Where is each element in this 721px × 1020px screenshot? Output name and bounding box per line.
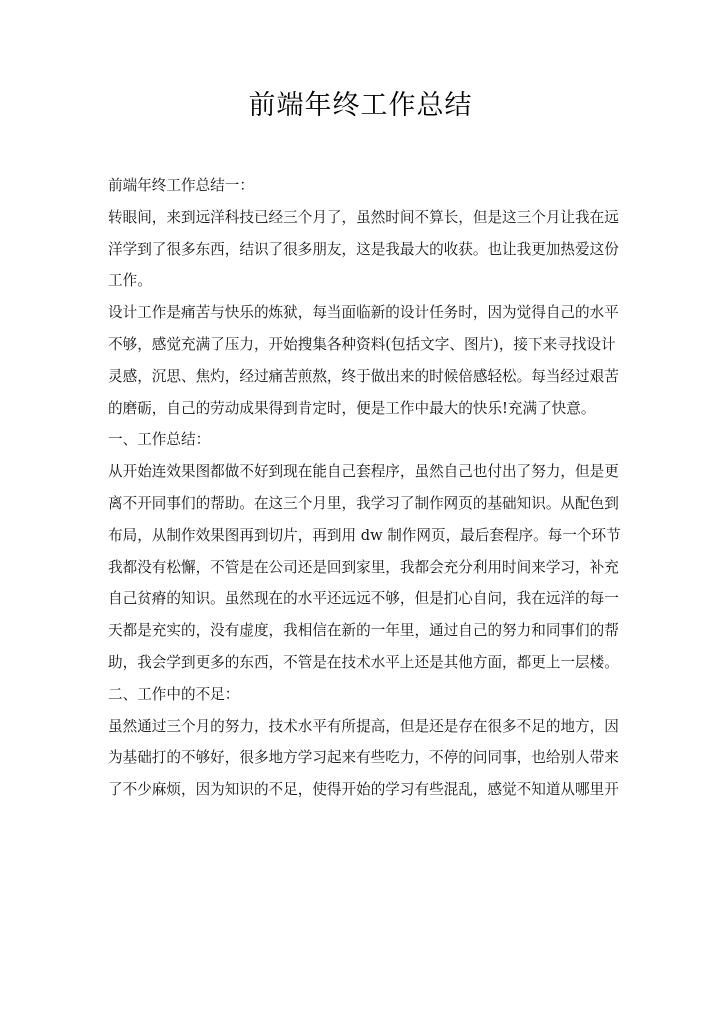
paragraph-line: 了不少麻烦，因为知识的不足，使得开始的学习有些混乱，感觉不知道从哪里开 [108, 774, 614, 806]
paragraph-line: 从开始连效果图都做不好到现在能自己套程序，虽然自己也付出了努力，但是更 [108, 456, 614, 488]
paragraph-line: 布局，从制作效果图再到切片，再到用 dw 制作网页，最后套程序。每一个环节 [108, 520, 614, 552]
paragraph-line: 设计工作是痛苦与快乐的炼狱，每当面临新的设计任务时，因为觉得自己的水平 [108, 297, 614, 329]
paragraph-line: 自己贫瘠的知识。虽然现在的水平还远远不够，但是扪心自问，我在远洋的每一 [108, 583, 614, 615]
paragraph-line: 我都没有松懈，不管是在公司还是回到家里，我都会充分利用时间来学习，补充 [108, 552, 614, 584]
section-heading: 一、工作总结： [108, 424, 614, 456]
paragraph-line: 转眼间，来到远洋科技已经三个月了，虽然时间不算长，但是这三个月让我在远 [108, 202, 614, 234]
paragraph-line: 虽然通过三个月的努力，技术水平有所提高，但是还是存在很多不足的地方，因 [108, 711, 614, 743]
paragraph-line: 洋学到了很多东西，结识了很多朋友，这是我最大的收获。也让我更加热爱这份 [108, 234, 614, 266]
paragraph-line: 的磨砺，自己的劳动成果得到肯定时，便是工作中最大的快乐!充满了快意。 [108, 393, 614, 425]
paragraph-line: 不够，感觉充满了压力，开始搜集各种资料(包括文字、图片)，接下来寻找设计 [108, 329, 614, 361]
paragraph-line: 灵感，沉思、焦灼，经过痛苦煎熬，终于做出来的时候倍感轻松。每当经过艰苦 [108, 361, 614, 393]
paragraph-line: 助，我会学到更多的东西，不管是在技术水平上还是其他方面，都更上一层楼。 [108, 647, 614, 679]
section-heading: 二、工作中的不足： [108, 679, 614, 711]
paragraph-line: 离不开同事们的帮助。在这三个月里，我学习了制作网页的基础知识。从配色到 [108, 488, 614, 520]
paragraph-line: 天都是充实的，没有虚度，我相信在新的一年里，通过自己的努力和同事们的帮 [108, 615, 614, 647]
paragraph-line: 工作。 [108, 265, 614, 297]
document-page: 前端年终工作总结 前端年终工作总结一： 转眼间，来到远洋科技已经三个月了，虽然时… [0, 0, 721, 1020]
document-title: 前端年终工作总结 [0, 88, 721, 124]
subtitle-line: 前端年终工作总结一： [108, 170, 614, 202]
paragraph-line: 为基础打的不够好，很多地方学习起来有些吃力，不停的问同事，也给别人带来 [108, 742, 614, 774]
document-body: 前端年终工作总结一： 转眼间，来到远洋科技已经三个月了，虽然时间不算长，但是这三… [108, 170, 614, 806]
